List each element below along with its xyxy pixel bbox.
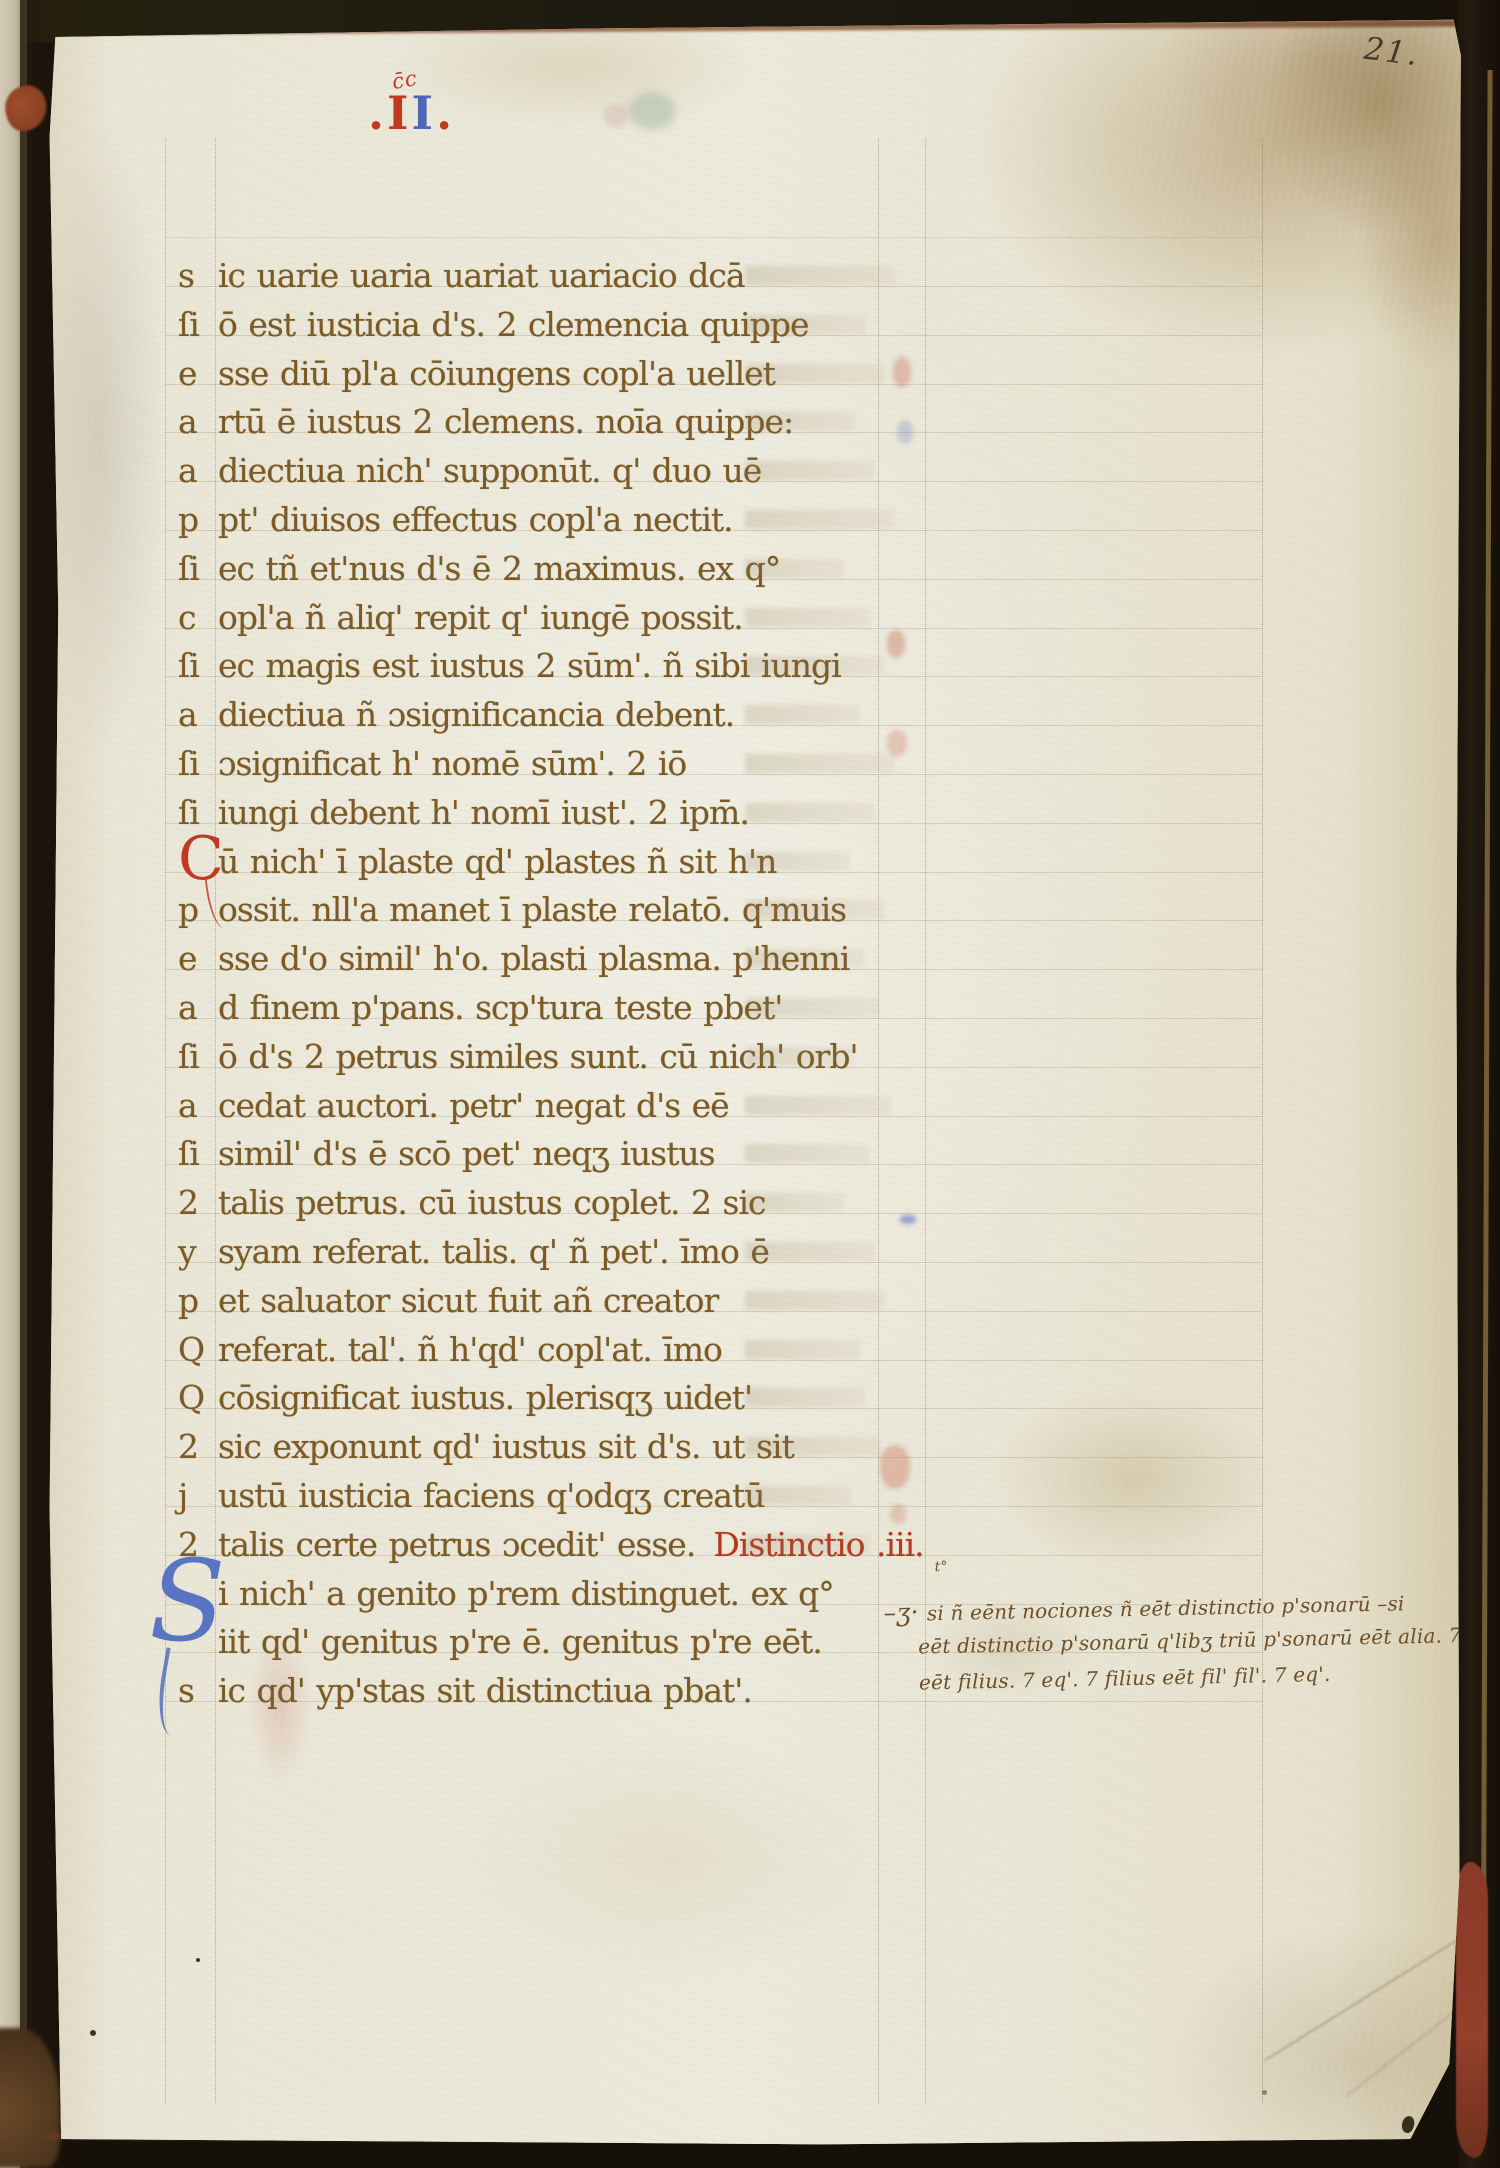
line-initial: 2 [178, 1424, 216, 1470]
manuscript-line: ſiō est iusticia d's. 2 clemencia quippe [165, 302, 1145, 351]
line-text: sse diū pl'a cōiungens copl'a uellet [218, 351, 775, 397]
manuscript-line: ysyam referat. talis. q' ñ pet'. īmo ē [165, 1229, 1145, 1278]
bleedthrough-streak [745, 1340, 860, 1359]
chapter-heading: c̄c .II. [368, 68, 498, 158]
line-text: iungi debent h' nomī iust'. 2 ipm̄. [218, 790, 749, 836]
bleedthrough-heading-smudge-2 [604, 104, 628, 128]
line-initial: ſi [178, 546, 216, 592]
bleedthrough-streak [745, 1096, 890, 1115]
folio-number: 21. [1362, 31, 1421, 73]
bleedthrough-streak [745, 461, 875, 480]
line-text: ec tñ et'nus d's ē 2 maximus. ex q° [218, 546, 780, 592]
manuscript-line: pet saluator sicut fuit añ creator [165, 1278, 1145, 1327]
manuscript-line: 2talis certe petrus ɔcedit' esse.Distinc… [165, 1522, 1145, 1571]
bleedthrough-streak [745, 364, 885, 383]
line-initial: e [178, 936, 216, 982]
bleedthrough-streak [745, 1193, 845, 1212]
line-initial: a [178, 692, 216, 738]
line-initial: j [178, 1473, 216, 1519]
line-text: pt' diuisos effectus copl'a nectit. [218, 497, 733, 543]
bleedthrough-streak [745, 852, 850, 871]
bleedthrough-streak [745, 656, 885, 675]
line-initial: y [178, 1229, 216, 1275]
manuscript-line: ſiec magis est iustus 2 sūm'. ñ sibi iun… [165, 643, 1145, 692]
line-initial: 2 [178, 1180, 216, 1226]
drop-cap-red: C [178, 833, 216, 885]
bleedthrough-mark [880, 1445, 910, 1489]
line-initial: ſi [178, 302, 216, 348]
line-initial: s [178, 253, 216, 299]
bleedthrough-streak [745, 1486, 850, 1505]
line-text: cedat auctori. petr' negat d's eē [218, 1083, 729, 1129]
bleedthrough-streak [745, 998, 880, 1017]
line-text: ic qd' yp'stas sit distinctiua pbat'. [218, 1668, 752, 1714]
speck [1262, 2090, 1267, 2095]
line-initial: ſi [178, 1131, 216, 1177]
bleedthrough-streak [745, 1144, 870, 1163]
line-text: et saluator sicut fuit añ creator [218, 1278, 718, 1324]
manuscript-line: ppt' diuisos effectus copl'a nectit. [165, 497, 1145, 546]
manuscript-line: ad finem p'pans. scp'tura teste pbet' [165, 985, 1145, 1034]
manuscript-line: possit. nll'a manet ī plaste relatō. q'm… [165, 887, 1145, 936]
line-text: referat. tal'. ñ h'qd' copl'at. īmo [218, 1327, 722, 1373]
parchment-page: c̄c .II. 21. sic uarie uaria uariat uari… [28, 8, 1468, 2154]
speck [90, 2030, 96, 2036]
line-text: ic uarie uaria uariat uariacio dcā [218, 253, 745, 299]
line-initial: p [178, 1278, 216, 1324]
bleedthrough-streak [745, 900, 885, 919]
bleedthrough-streak [745, 803, 875, 822]
book-right-edge [1458, 0, 1500, 2168]
ruled-line [165, 237, 1262, 238]
bleedthrough-streak [745, 1242, 875, 1261]
line-text: opl'a ñ aliq' repit q' iungē possit. [218, 595, 743, 641]
line-text: cōsignificat iustus. plerisqʒ uidet' [218, 1375, 752, 1421]
line-text: ū nich' ī plaste qd' plastes ñ sit h'n [218, 839, 776, 885]
red-fore-edge [1456, 1862, 1488, 2158]
line-text: sic exponunt qd' iustus sit d's. ut sit [218, 1424, 794, 1470]
manuscript-line: 2sic exponunt qd' iustus sit d's. ut sit [165, 1424, 1145, 1473]
speck [196, 1958, 200, 1962]
bleedthrough-mark [897, 420, 913, 444]
line-text: d finem p'pans. scp'tura teste pbet' [218, 985, 782, 1031]
manuscript-line: Qcōsignificat iustus. plerisqʒ uidet' [165, 1375, 1145, 1424]
line-text: i nich' a genito p'rem distinguet. ex q° [218, 1571, 834, 1617]
bleedthrough-streak [745, 315, 865, 334]
bleedthrough-streak [745, 705, 860, 724]
bleedthrough-streak [745, 608, 870, 627]
vertical-rule [1262, 138, 1263, 2103]
manuscript-line: 2talis petrus. cū iustus coplet. 2 sic [165, 1180, 1145, 1229]
manuscript-line: ſiiungi debent h' nomī iust'. 2 ipm̄. [165, 790, 1145, 839]
line-initial: p [178, 497, 216, 543]
manuscript-line: ſiō d's 2 petrus similes sunt. cū nich' … [165, 1034, 1145, 1083]
manuscript-line: justū iusticia faciens q'odqʒ creatū [165, 1473, 1145, 1522]
bleedthrough-streak [745, 1047, 855, 1066]
line-initial: p [178, 887, 216, 933]
bleedthrough-mark [887, 630, 905, 658]
line-text: diectiua nich' supponūt. q' duo uē [218, 448, 761, 494]
bleedthrough-mark [893, 357, 911, 387]
line-initial: s [178, 1668, 216, 1714]
bleedthrough-streak [745, 510, 895, 529]
line-initial: a [178, 448, 216, 494]
line-initial: c [178, 595, 216, 641]
line-initial: Q [178, 1327, 216, 1373]
bleedthrough-streak [745, 559, 845, 578]
bleedthrough-streak [745, 1388, 865, 1407]
manuscript-photo: c̄c .II. 21. sic uarie uaria uariat uari… [0, 0, 1500, 2168]
bleedthrough-streak [745, 949, 865, 968]
bleedthrough-heading-smudge [628, 92, 676, 130]
line-text: iit qd' genitus p're ē. genitus p're eēt… [218, 1619, 822, 1665]
note-tie-mark: t° [934, 1559, 947, 1575]
line-text: simil' d's ē scō pet' neqʒ iustus [218, 1131, 715, 1177]
manuscript-line: Cū nich' ī plaste qd' plastes ñ sit h'n [165, 839, 1145, 888]
chapter-numeral: .II. [368, 90, 455, 136]
note-lead-mark: –ʒ· [883, 1597, 927, 1627]
manuscript-line: ſiec tñ et'nus d's ē 2 maximus. ex q° [165, 546, 1145, 595]
bleedthrough-streak [745, 1535, 870, 1554]
bleedthrough-mark [887, 730, 907, 756]
bleedthrough-streak [745, 1437, 880, 1456]
manuscript-line: acedat auctori. petr' negat d's eē [165, 1083, 1145, 1132]
bleedthrough-streak [745, 266, 895, 285]
manuscript-line: adiectiua nich' supponūt. q' duo uē [165, 448, 1145, 497]
manuscript-line: copl'a ñ aliq' repit q' iungē possit. [165, 595, 1145, 644]
bleedthrough-streak [745, 412, 855, 431]
line-initial: a [178, 985, 216, 1031]
line-initial: ſi [178, 741, 216, 787]
line-initial: ſi [178, 643, 216, 689]
bleedthrough-streak [745, 1291, 885, 1310]
manuscript-line: ſisimil' d's ē scō pet' neqʒ iustus [165, 1131, 1145, 1180]
manuscript-line: adiectiua ñ ɔsignificancia debent. [165, 692, 1145, 741]
manuscript-line: esse diū pl'a cōiungens copl'a uellet [165, 351, 1145, 400]
line-text: diectiua ñ ɔsignificancia debent. [218, 692, 734, 738]
line-text: ɔsignificat h' nomē sūm'. 2 iō [218, 741, 686, 787]
line-text: ō est iusticia d's. 2 clemencia quippe [218, 302, 808, 348]
manuscript-line: ſiɔsignificat h' nomē sūm'. 2 iō [165, 741, 1145, 790]
manuscript-line: sic uarie uaria uariat uariacio dcā [165, 253, 1145, 302]
line-initial: a [178, 1083, 216, 1129]
bleedthrough-mark [900, 1215, 916, 1224]
bleedthrough-streak [745, 754, 895, 773]
manuscript-line: esse d'o simil' h'o. plasti plasma. p'he… [165, 936, 1145, 985]
line-initial: ſi [178, 1034, 216, 1080]
line-initial: a [178, 399, 216, 445]
line-initial: Q [178, 1375, 216, 1421]
line-text: ustū iusticia faciens q'odqʒ creatū [218, 1473, 765, 1519]
line-text: talis petrus. cū iustus coplet. 2 sic [218, 1180, 766, 1226]
line-text: syam referat. talis. q' ñ pet'. īmo ē [218, 1229, 769, 1275]
manuscript-line: Qreferat. tal'. ñ h'qd' copl'at. īmo [165, 1327, 1145, 1376]
manuscript-line: artū ē iustus 2 clemens. noīa quippe: [165, 399, 1145, 448]
line-initial: e [178, 351, 216, 397]
bleedthrough-mark [890, 1504, 906, 1524]
line-text: rtū ē iustus 2 clemens. noīa quippe: [218, 399, 793, 445]
